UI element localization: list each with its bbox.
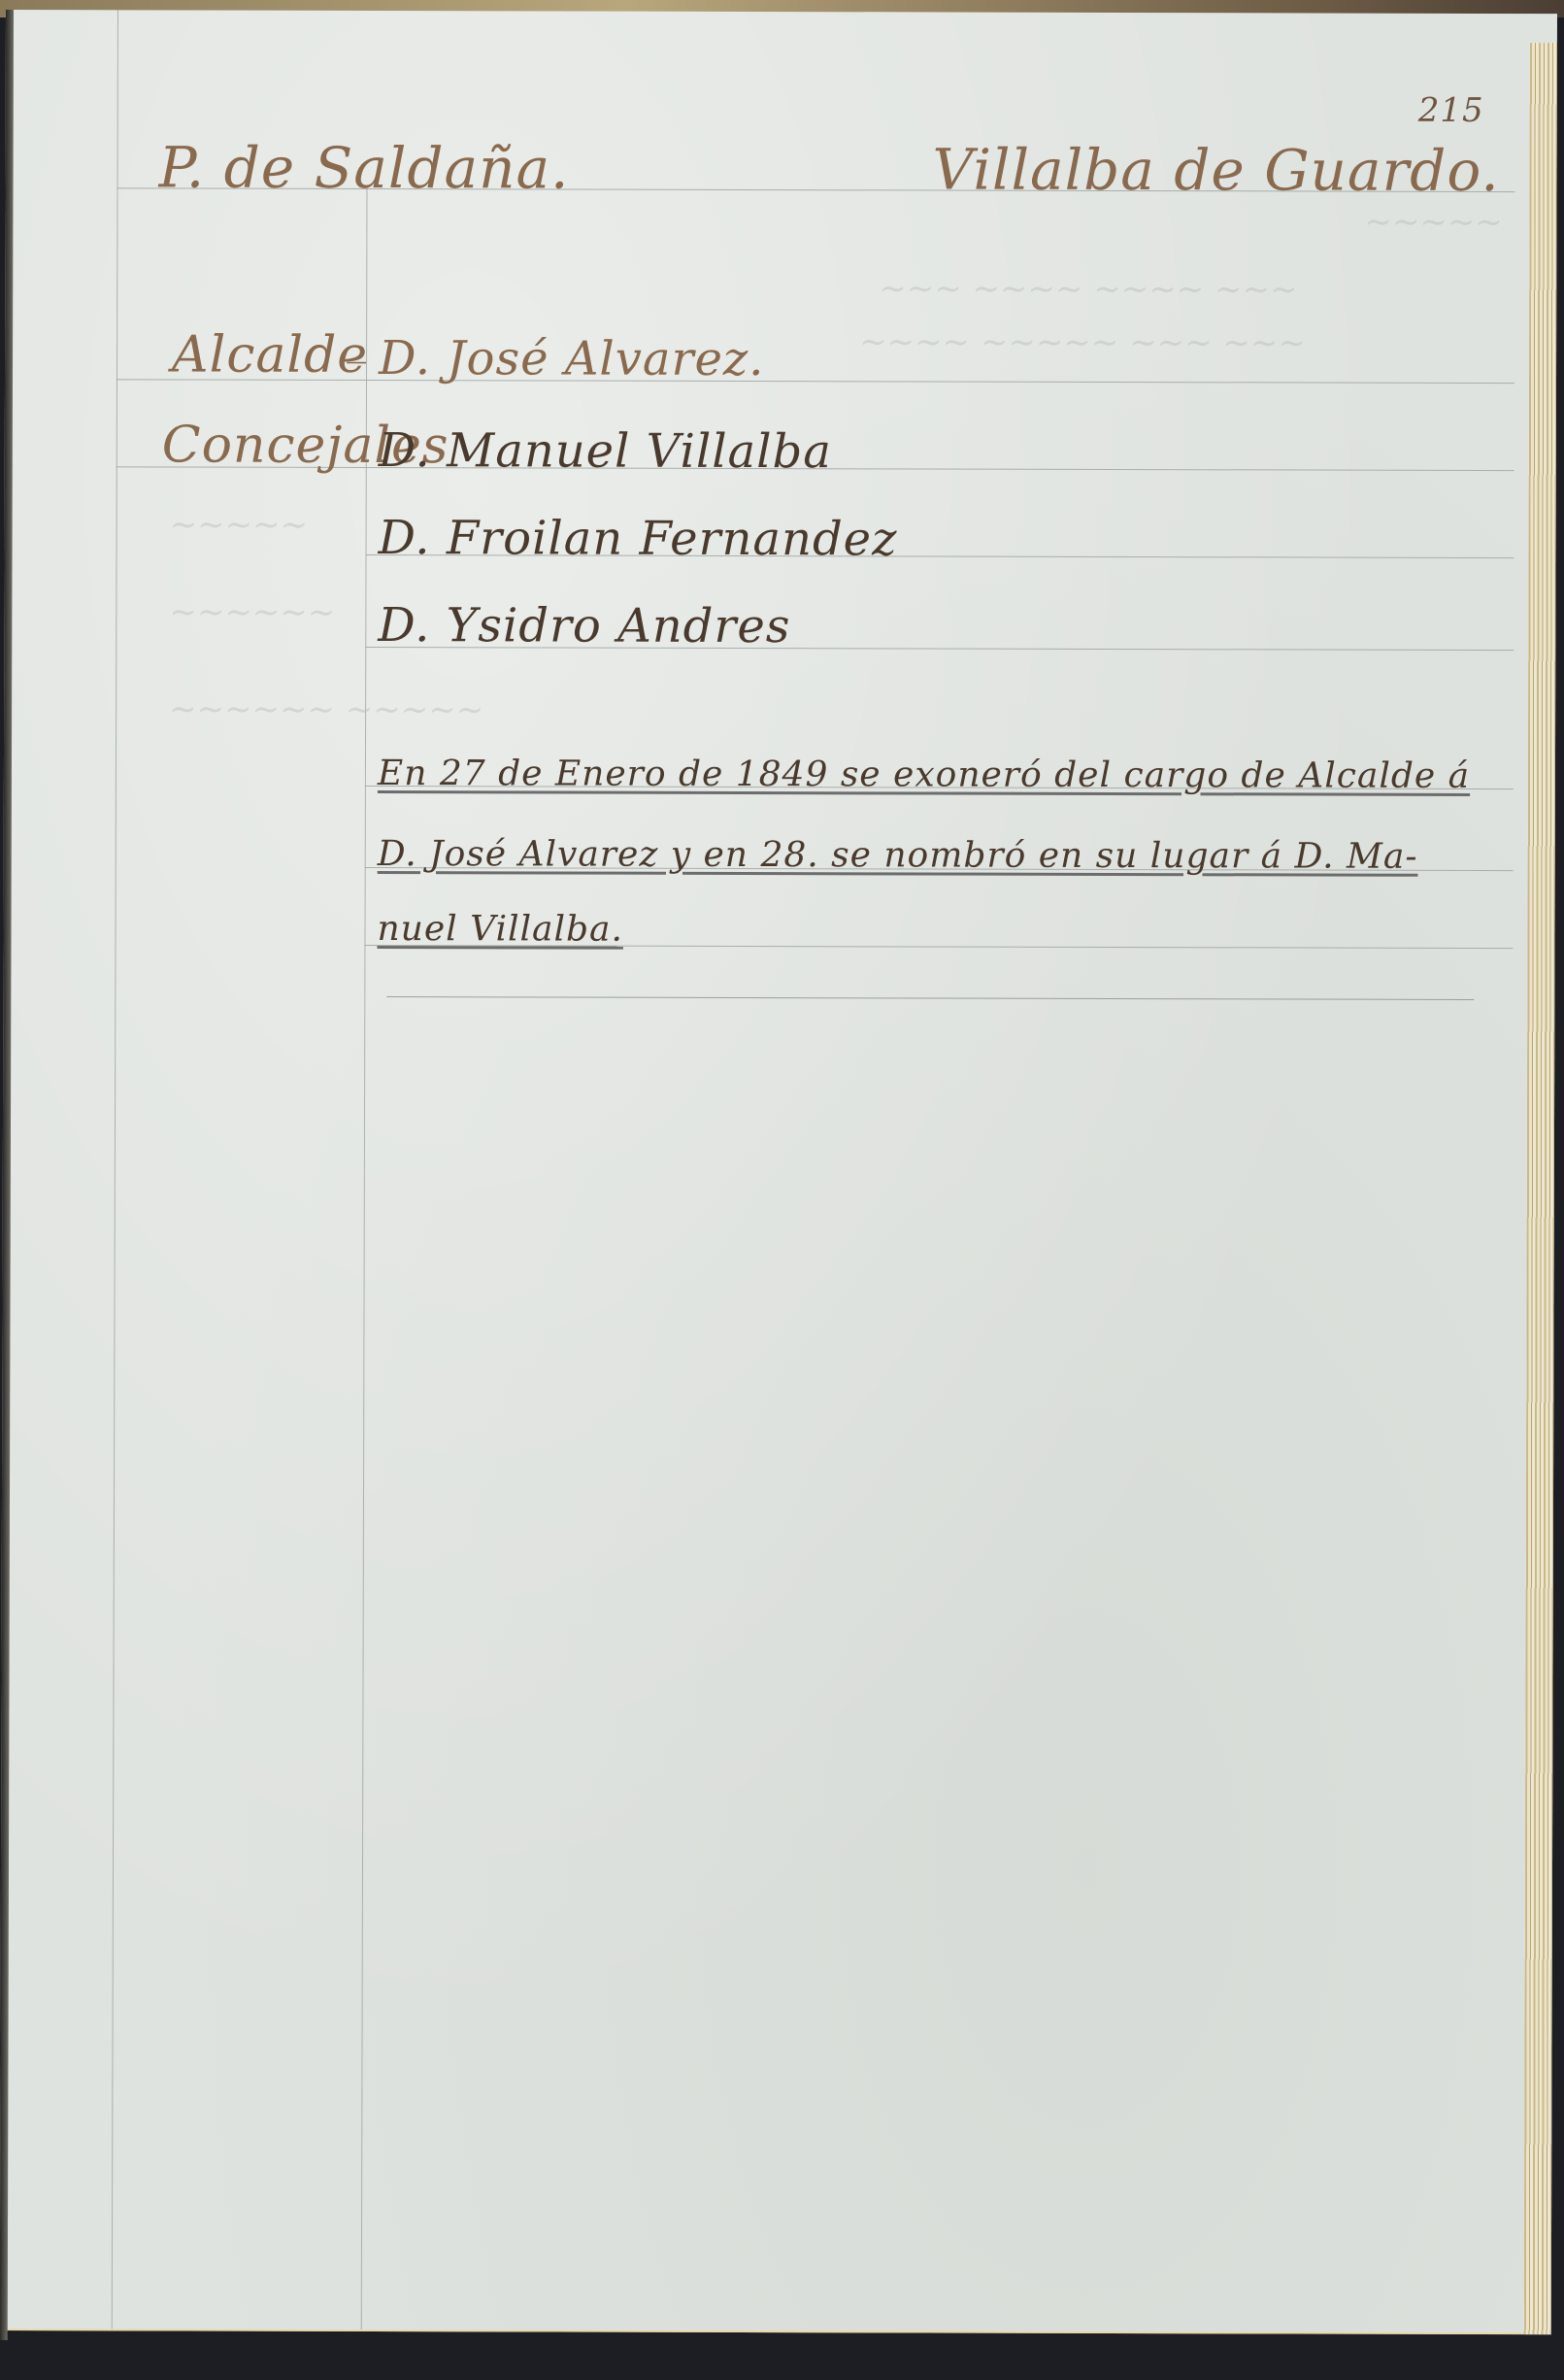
bleed-through-mark: ~~~~ ~~~~~ ~~~ ~~~ (859, 322, 1306, 362)
concejal-name: D. Manuel Villalba (379, 423, 832, 479)
left-margin-rule (112, 10, 118, 2329)
note-line: D. José Alvarez y en 28. se nombró en su… (378, 834, 1418, 877)
alcalde-name: D. José Alvarez. (379, 331, 765, 386)
book-spine (0, 10, 14, 2340)
bleed-through-mark: ~~~~~ (170, 505, 309, 544)
bleed-through-mark: ~~~~~~ (169, 592, 335, 631)
bleed-through-mark: ~~~~~ (1364, 203, 1503, 242)
municipality-title: Villalba de Guardo. (932, 136, 1499, 204)
concejal-name: D. Ysidro Andres (378, 598, 790, 654)
role-label-alcalde: Alcalde (172, 325, 368, 385)
role-separator: _ (347, 319, 367, 364)
note-line: En 27 de Enero de 1849 se exoneró del ca… (378, 754, 1470, 796)
folio-number: 215 (1418, 91, 1484, 130)
ledger-page: ~~~~~ ~~~ ~~~~ ~~~~ ~~~ ~~~~ ~~~~~ ~~~ ~… (0, 10, 1557, 2334)
column-rule (361, 185, 368, 2330)
district-title: P. de Saldaña. (158, 134, 569, 201)
page-edge-stack (1524, 43, 1557, 2334)
bleed-through-mark: ~~~~~~ ~~~~~ (169, 689, 483, 729)
note-line: nuel Villalba. (377, 909, 623, 950)
concejal-name: D. Froilan Fernandez (379, 511, 898, 566)
closing-rule (386, 996, 1474, 1000)
bleed-through-mark: ~~~ ~~~~ ~~~~ ~~~ (879, 269, 1297, 309)
